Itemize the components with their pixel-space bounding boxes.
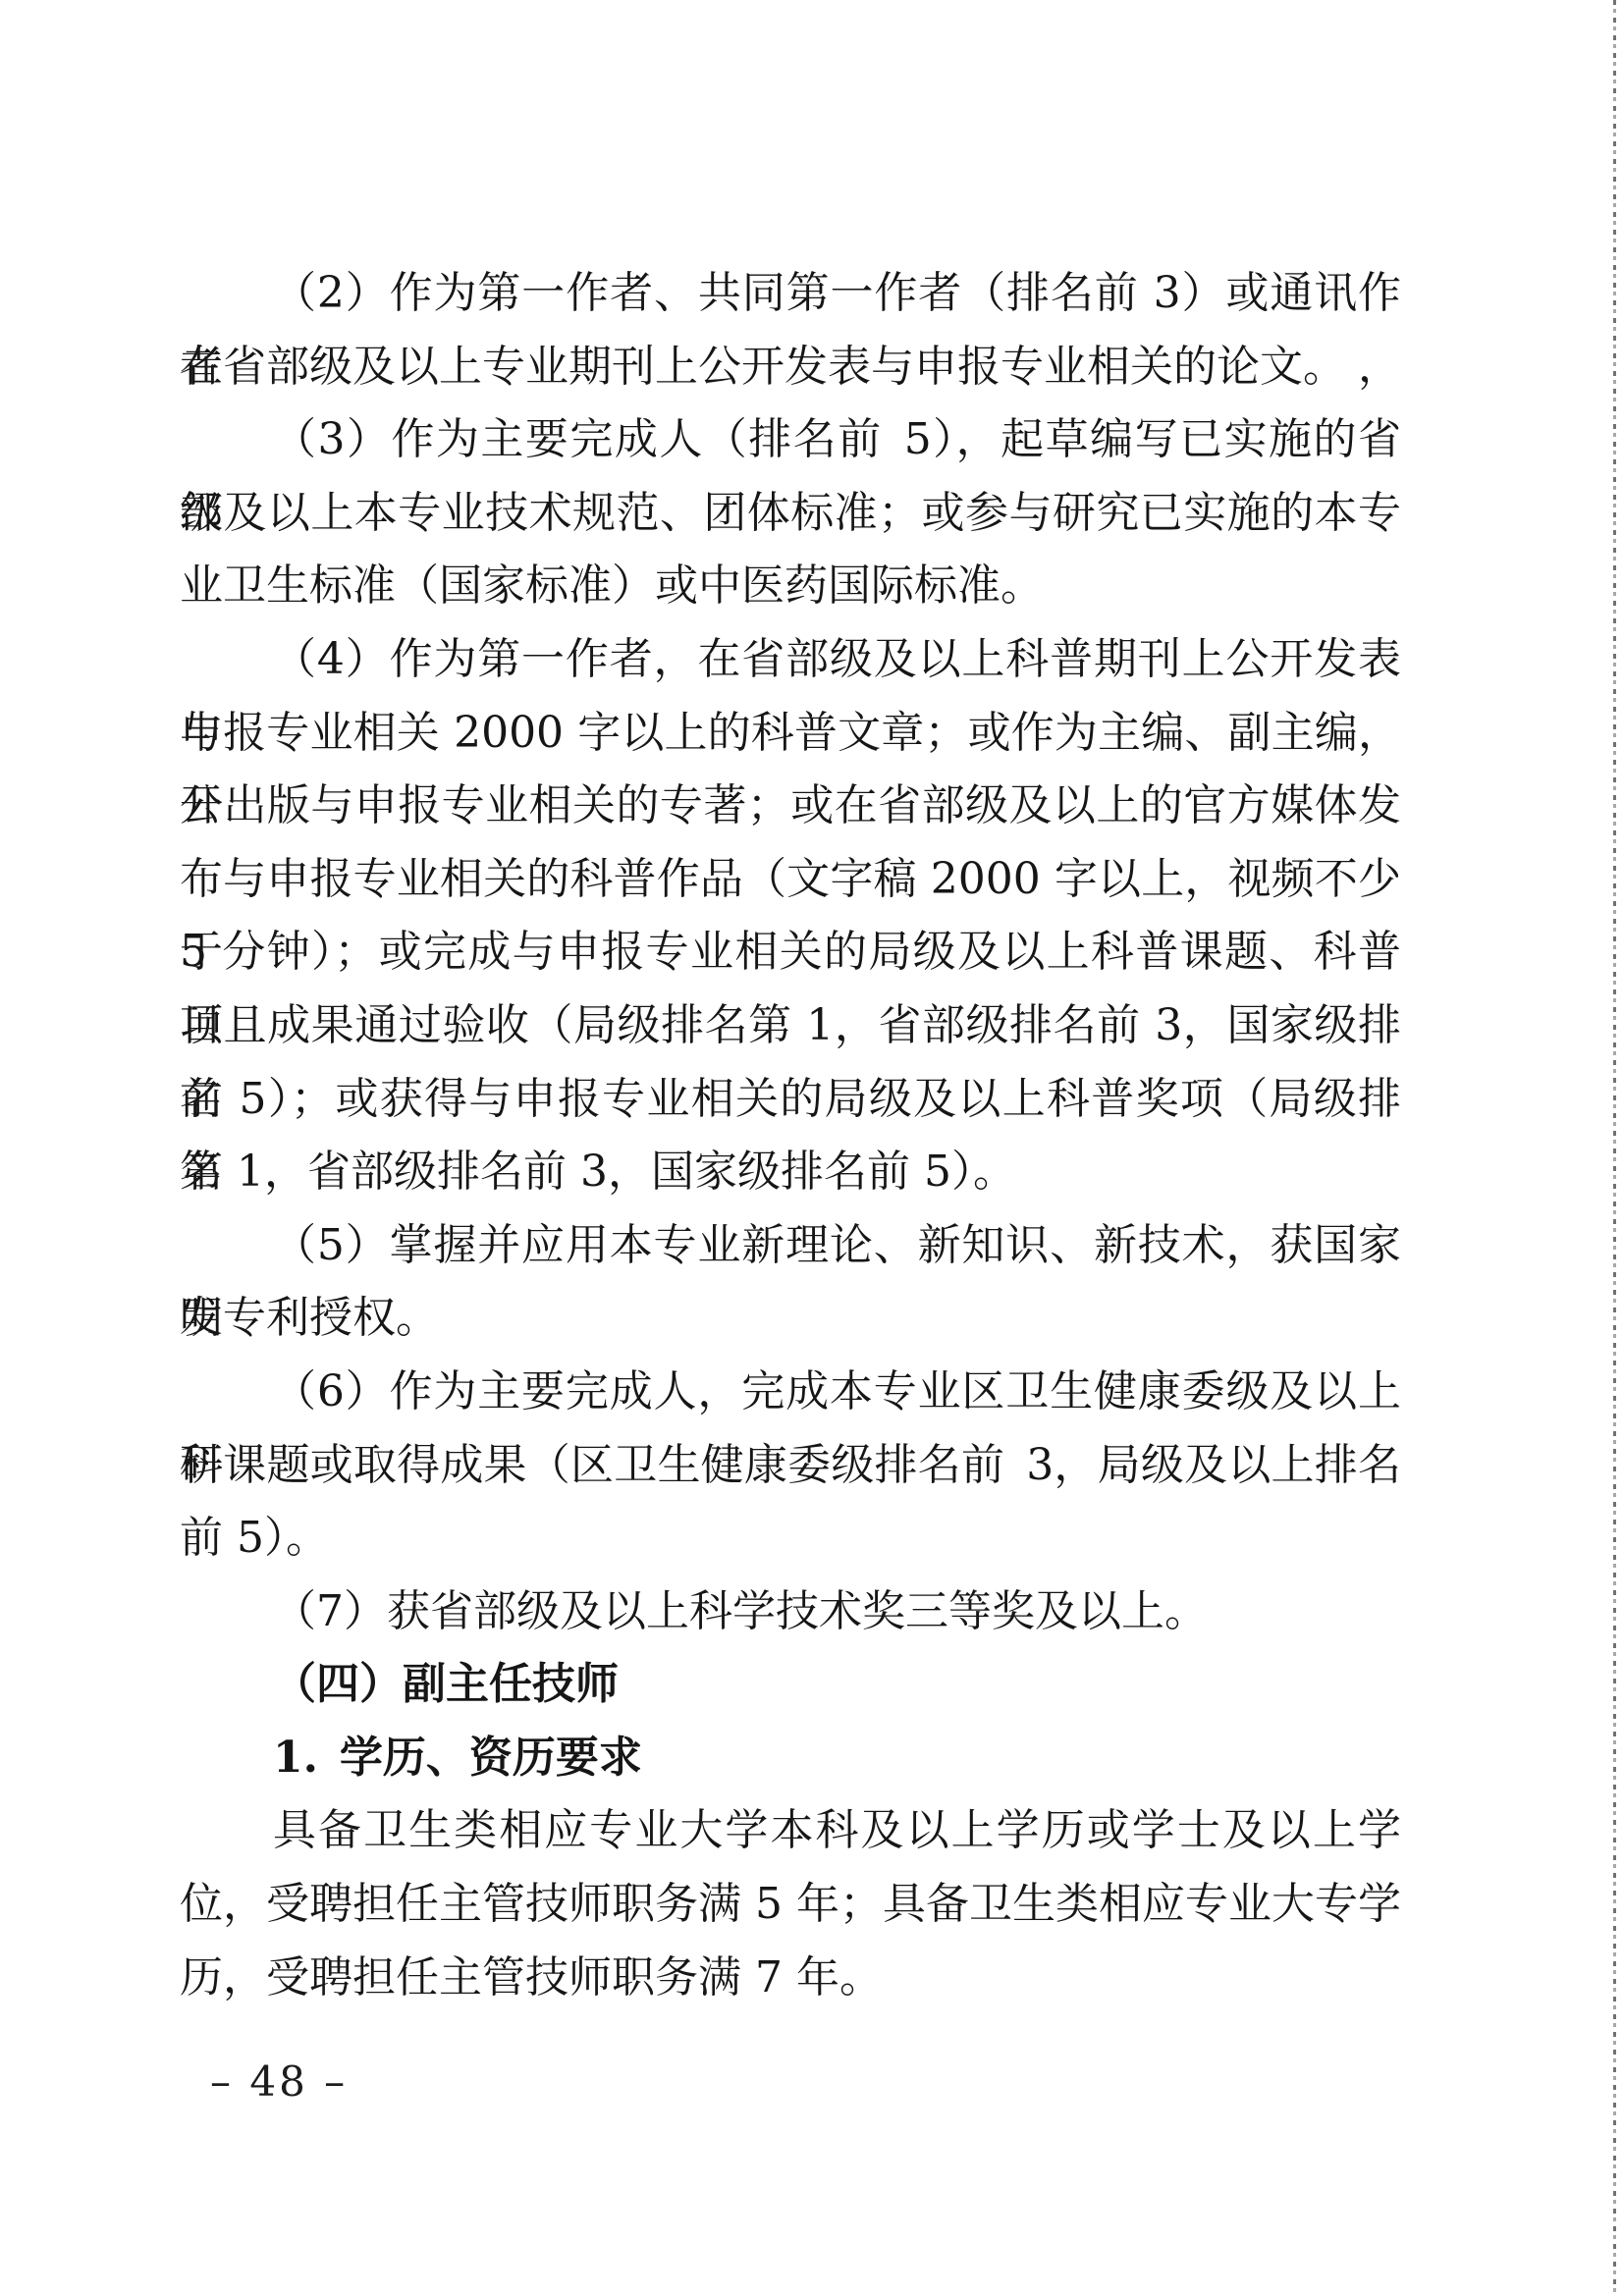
text-line: 级及以上本专业技术规范、团体标准；或参与研究已实施的本专 [180,477,1401,551]
text-line: 具备卫生类相应专业大学本科及以上学历或学士及以上学 [180,1794,1401,1868]
text-line: 前 5）；或获得与申报专业相关的局级及以上科普奖项（局级排名 [180,1063,1401,1137]
text-line: 前 5）。 [180,1502,1401,1575]
text-line: （4）作为第一作者，在省部级及以上科普期刊上公开发表与 [180,623,1401,697]
text-line: 业卫生标准（国家标准）或中医药国际标准。 [180,550,1401,623]
text-line: 历，受聘担任主管技师职务满 7 年。 [180,1942,1401,2015]
subsection-heading: 1. 学历、资历要求 [180,1722,1401,1795]
text-line: （6）作为主要完成人，完成本专业区卫生健康委级及以上科 [180,1356,1401,1429]
text-line: （2）作为第一作者、共同第一作者（排名前 3）或通讯作者， [180,257,1401,331]
text-line: 申报专业相关 2000 字以上的科普文章；或作为主编、副主编，公 [180,697,1401,771]
section-heading: （四）副主任技师 [180,1648,1401,1722]
scanned-document-page: （2）作为第一作者、共同第一作者（排名前 3）或通讯作者， 在省部级及以上专业期… [0,0,1623,2296]
text-line: 5 分钟）；或完成与申报专业相关的局级及以上科普课题、科普项 [180,916,1401,989]
text-line: 在省部级及以上专业期刊上公开发表与申报专业相关的论文。 [180,331,1401,404]
text-line: （7）获省部级及以上科学技术奖三等奖及以上。 [180,1575,1401,1649]
document-body: （2）作为第一作者、共同第一作者（排名前 3）或通讯作者， 在省部级及以上专业期… [180,257,1401,2014]
text-line: 明专利授权。 [180,1282,1401,1356]
text-line: 目且成果通过验收（局级排名第 1，省部级排名前 3，国家级排名 [180,989,1401,1063]
text-line: （3）作为主要完成人（排名前 5），起草编写已实施的省部 [180,403,1401,477]
text-line: 第 1，省部级排名前 3，国家级排名前 5）。 [180,1136,1401,1209]
page-number: – 48 – [210,2059,348,2105]
text-line: 研课题或取得成果（区卫生健康委级排名前 3，局级及以上排名 [180,1429,1401,1503]
text-line: 位，受聘担任主管技师职务满 5 年；具备卫生类相应专业大专学 [180,1868,1401,1942]
text-line: 开出版与申报专业相关的专著；或在省部级及以上的官方媒体发 [180,770,1401,843]
text-line: （5）掌握并应用本专业新理论、新知识、新技术，获国家发 [180,1209,1401,1283]
text-line: 布与申报专业相关的科普作品（文字稿 2000 字以上，视频不少于 [180,843,1401,917]
scan-artifact-line [1613,0,1616,2296]
